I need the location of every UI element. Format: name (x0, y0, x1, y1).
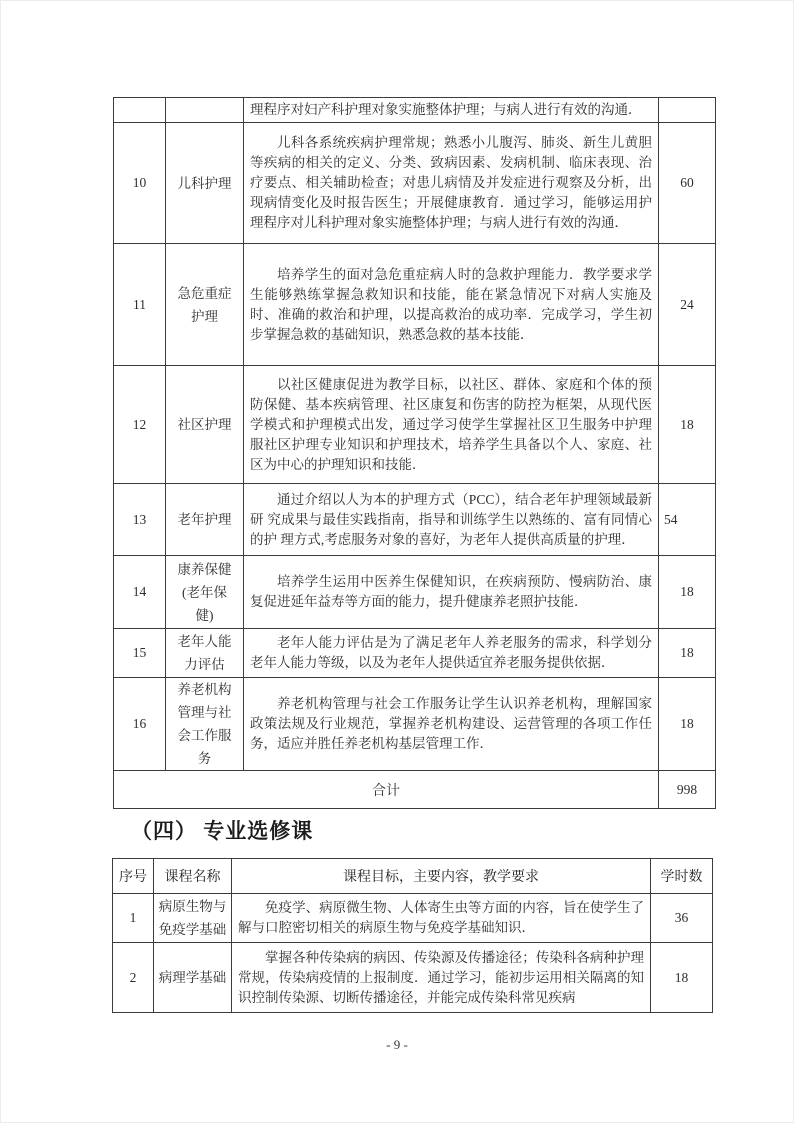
table-header-row: 序号 课程名称 课程目标，主要内容，教学要求 学时数 (113, 859, 713, 894)
hours-cell (659, 98, 716, 123)
table-row-11: 11 急危重症护理 培养学生的面对急危重症病人时的急救护理能力．教学要求学生能够… (114, 244, 716, 366)
section-heading: （四） 专业选修课 (131, 818, 313, 845)
row-number-cell: 14 (114, 556, 166, 629)
course-desc-cell: 儿科各系统疾病护理常规；熟悉小儿腹泻、肺炎、新生儿黄胆等疾病的相关的定义、分类、… (244, 123, 659, 244)
course-name-cell: 儿科护理 (166, 123, 244, 244)
table-row-continuation: 理程序对妇产科护理对象实施整体护理；与病人进行有效的沟通． (114, 98, 716, 123)
table-row-2: 2 病理学基础 掌握各种传染病的病因、传染源及传播途径；传染科各病种护理常规，传… (113, 943, 713, 1013)
document-page: 理程序对妇产科护理对象实施整体护理；与病人进行有效的沟通． 10 儿科护理 儿科… (0, 0, 794, 1123)
hours-cell: 60 (659, 123, 716, 244)
hours-cell: 54 (659, 484, 716, 556)
row-number-cell: 1 (113, 894, 154, 943)
hours-cell: 18 (659, 556, 716, 629)
course-desc-cell: 免疫学、病原微生物、人体寄生虫等方面的内容，旨在使学生了解与口腔密切相关的病原生… (232, 894, 651, 943)
course-name-cell: 老年护理 (166, 484, 244, 556)
row-number-cell: 12 (114, 366, 166, 484)
course-desc-cell: 以社区健康促进为教学目标，以社区、群体、家庭和个体的预防保健、基本疾病管理、社区… (244, 366, 659, 484)
course-desc-cell: 养老机构管理与社会工作服务让学生认识养老机构，理解国家政策法规及行业规范，掌握养… (244, 678, 659, 771)
total-label-cell: 合计 (114, 771, 659, 809)
row-number-cell: 2 (113, 943, 154, 1013)
hours-cell: 18 (659, 678, 716, 771)
elective-courses-table: 序号 课程名称 课程目标，主要内容，教学要求 学时数 1 病原生物与免疫学基础 … (112, 858, 713, 1013)
course-name-cell: 急危重症护理 (166, 244, 244, 366)
hours-cell: 36 (651, 894, 713, 943)
course-name-cell: 病理学基础 (154, 943, 232, 1013)
row-number-cell: 15 (114, 629, 166, 678)
course-name-cell (166, 98, 244, 123)
row-number-cell: 13 (114, 484, 166, 556)
header-hours: 学时数 (651, 859, 713, 894)
course-name-cell: 社区护理 (166, 366, 244, 484)
course-desc-cell: 理程序对妇产科护理对象实施整体护理；与病人进行有效的沟通． (244, 98, 659, 123)
row-number-cell: 11 (114, 244, 166, 366)
course-desc-cell: 培养学生的面对急危重症病人时的急救护理能力．教学要求学生能够熟练掌握急救知识和技… (244, 244, 659, 366)
table-row-10: 10 儿科护理 儿科各系统疾病护理常规；熟悉小儿腹泻、肺炎、新生儿黄胆等疾病的相… (114, 123, 716, 244)
course-name-cell: 老年人能力评估 (166, 629, 244, 678)
course-desc-cell: 培养学生运用中医养生保健知识，在疾病预防、慢病防治、康复促进延年益寿等方面的能力… (244, 556, 659, 629)
table-row-15: 15 老年人能力评估 老年人能力评估是为了满足老年人养老服务的需求，科学划分老年… (114, 629, 716, 678)
table-row-14: 14 康养保健(老年保健) 培养学生运用中医养生保健知识，在疾病预防、慢病防治、… (114, 556, 716, 629)
core-courses-table: 理程序对妇产科护理对象实施整体护理；与病人进行有效的沟通． 10 儿科护理 儿科… (113, 97, 716, 809)
course-desc-cell: 掌握各种传染病的病因、传染源及传播途径；传染科各病种护理常规，传染病疫情的上报制… (232, 943, 651, 1013)
course-desc-cell: 通过介绍以人为本的护理方式（PCC），结合老年护理领域最新研 究成果与最佳实践指… (244, 484, 659, 556)
hours-cell: 18 (659, 366, 716, 484)
row-number-cell: 16 (114, 678, 166, 771)
table-row-13: 13 老年护理 通过介绍以人为本的护理方式（PCC），结合老年护理领域最新研 究… (114, 484, 716, 556)
course-name-cell: 康养保健(老年保健) (166, 556, 244, 629)
table-row-1: 1 病原生物与免疫学基础 免疫学、病原微生物、人体寄生虫等方面的内容，旨在使学生… (113, 894, 713, 943)
hours-cell: 18 (659, 629, 716, 678)
table-row-16: 16 养老机构管理与社会工作服务 养老机构管理与社会工作服务让学生认识养老机构，… (114, 678, 716, 771)
course-desc-cell: 老年人能力评估是为了满足老年人养老服务的需求，科学划分老年人能力等级，以及为老年… (244, 629, 659, 678)
course-name-cell: 养老机构管理与社会工作服务 (166, 678, 244, 771)
page-number: - 9 - (0, 1037, 794, 1053)
table-row-total: 合计 998 (114, 771, 716, 809)
course-name-cell: 病原生物与免疫学基础 (154, 894, 232, 943)
hours-cell: 24 (659, 244, 716, 366)
table-row-12: 12 社区护理 以社区健康促进为教学目标，以社区、群体、家庭和个体的预防保健、基… (114, 366, 716, 484)
header-course-goals: 课程目标，主要内容，教学要求 (232, 859, 651, 894)
row-number-cell (114, 98, 166, 123)
header-no: 序号 (113, 859, 154, 894)
row-number-cell: 10 (114, 123, 166, 244)
header-course-name: 课程名称 (154, 859, 232, 894)
hours-cell: 18 (651, 943, 713, 1013)
total-hours-cell: 998 (659, 771, 716, 809)
